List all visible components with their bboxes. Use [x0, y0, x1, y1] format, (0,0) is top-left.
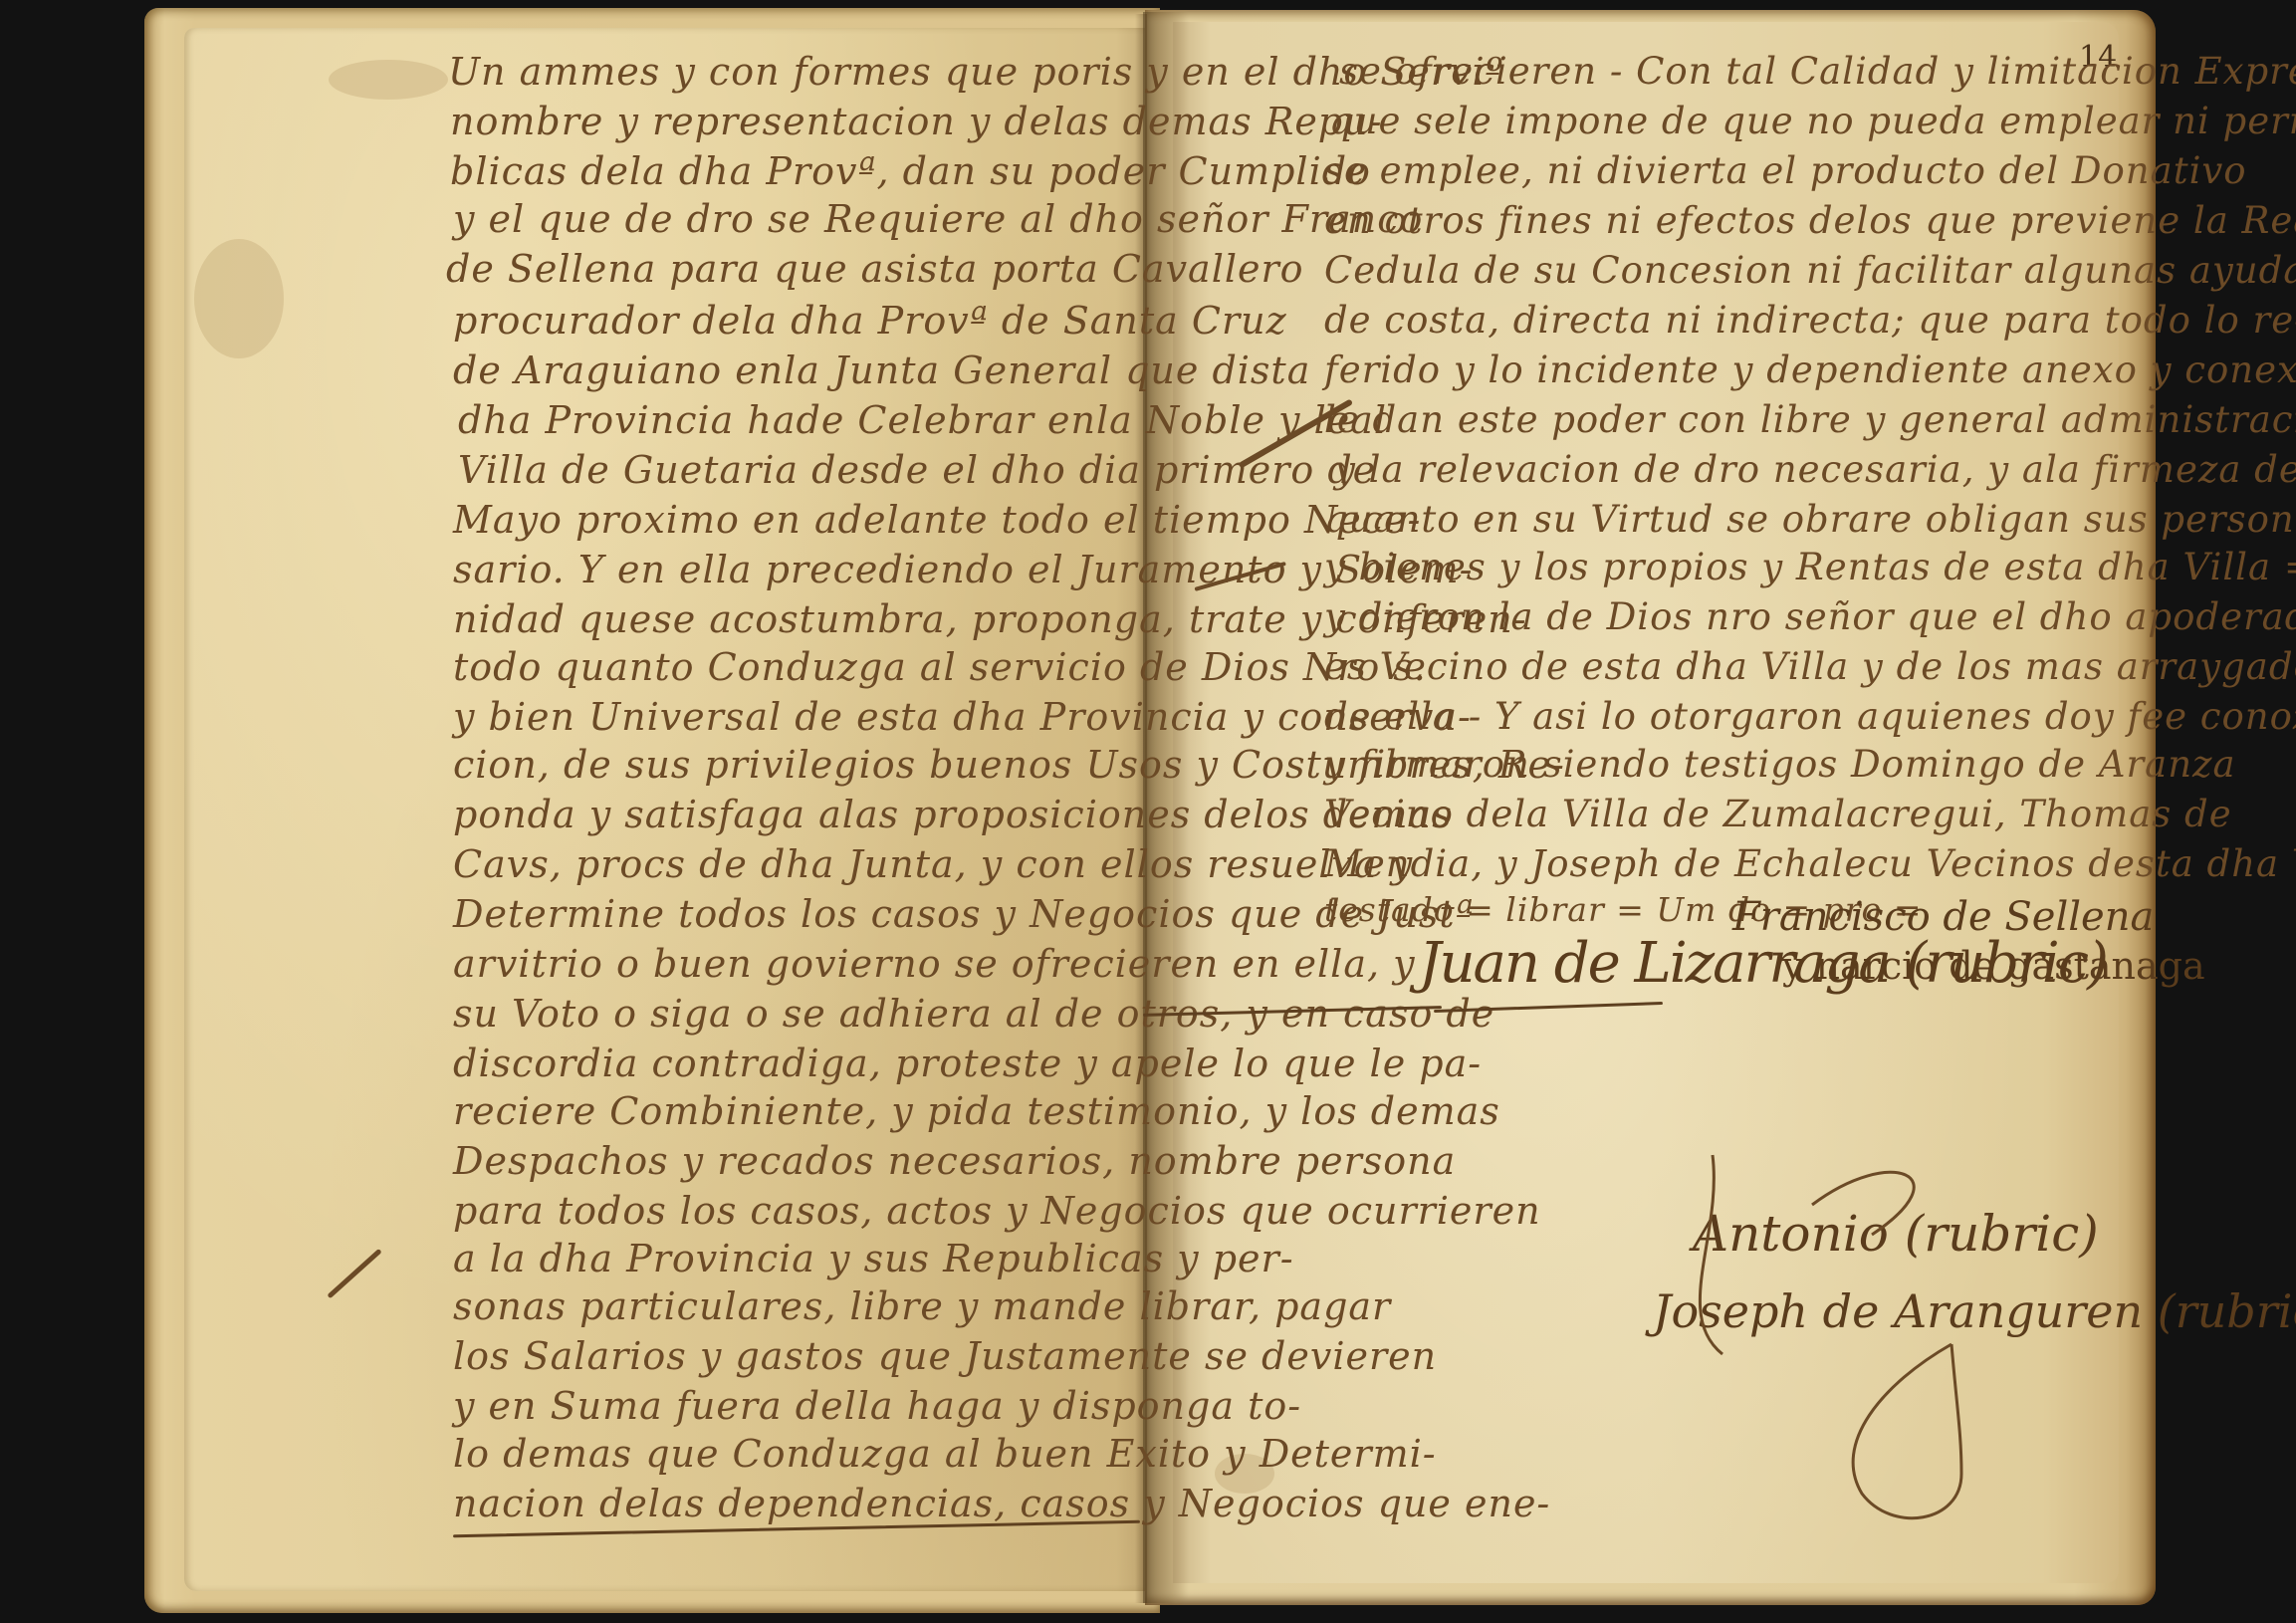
ink-bleed-stain: [329, 60, 448, 100]
manuscript-line: y la relevacion de dro necesaria, y ala …: [1334, 448, 2296, 491]
manuscript-line: arvitrio o buen govierno se ofrecieren e…: [453, 942, 1416, 986]
manuscript-line: nacion delas dependencias, casos y Negoc…: [453, 1482, 1550, 1525]
manuscript-line: y el que de dro se Requiere al dho señor…: [453, 197, 1423, 241]
signature-narcio-de-gastanaga: y narcio de gastanaga: [1782, 944, 2205, 988]
ink-bleed-stain: [194, 239, 284, 358]
manuscript-line: se ofrecieren - Con tal Calidad y limita…: [1339, 50, 2296, 93]
manuscript-line: reciere Combiniente, y pida testimonio, …: [453, 1089, 1500, 1133]
manuscript-line: blicas dela dha Provª, dan su poder Cump…: [450, 149, 1371, 193]
manuscript-line: Despachos y recados necesarios, nombre p…: [453, 1139, 1456, 1183]
manuscript-line: todo quanto Conduzga al servicio de Dios…: [453, 645, 1427, 689]
manuscript-line: discordia contradiga, proteste y apele l…: [453, 1042, 1482, 1085]
manuscript-line: en otros fines ni efectos delos que prev…: [1324, 199, 2296, 242]
manuscript-line: lo demas que Conduzga al buen Exito y De…: [453, 1432, 1437, 1476]
manuscript-line: de costa, directa ni indirecta; que para…: [1324, 299, 2296, 342]
manuscript-line: sario. Y en ella precediendo el Jurament…: [453, 548, 1474, 591]
manuscript-line: que sele impone de que no pueda emplear …: [1329, 100, 2296, 142]
manuscript-line: de ella - Y asi lo otorgaron aquienes do…: [1324, 695, 2296, 738]
signature-rubric-flourish: [1633, 1115, 2051, 1533]
manuscript-line: dha Provincia hade Celebrar enla Noble y…: [458, 398, 1387, 442]
signature-francisco-de-sellena: Francisco de Sellena: [1732, 894, 2154, 940]
manuscript-line: los Salarios y gastos que Justamente se …: [453, 1334, 1437, 1378]
manuscript-line: para todos los casos, actos y Negocios q…: [453, 1189, 1541, 1233]
manuscript-line: Determine todos los casos y Negocios que…: [453, 892, 1475, 936]
manuscript-line: y bienes y los propios y Rentas de esta …: [1324, 546, 2296, 588]
manuscript-line: y firmaron siendo testigos Domingo de Ar…: [1324, 743, 2236, 786]
manuscript-line: de Sellena para que asista porta Cavalle…: [446, 247, 1304, 291]
manuscript-line: se emplee, ni divierta el producto del D…: [1324, 149, 2247, 192]
manuscript-line: ferido y lo incidente y dependiente anex…: [1324, 348, 2296, 391]
manuscript-line: le dan este poder con libre y general ad…: [1324, 398, 2296, 441]
manuscript-line: es Vecino de esta dha Villa y de los mas…: [1324, 645, 2296, 688]
manuscript-line: nombre y representacion y delas demas Re…: [450, 100, 1382, 143]
manuscript-line: de Araguiano enla Junta General que dist…: [453, 348, 1310, 392]
manuscript-line: y bien Universal de esta dha Provincia y…: [453, 695, 1472, 739]
manuscript-line: ponda y satisfaga alas proposiciones del…: [453, 793, 1453, 836]
manuscript-line: su Voto o siga o se adhiera al de otros,…: [453, 992, 1494, 1036]
manuscript-line: Villa de Guetaria desde el dho dia prime…: [458, 448, 1376, 492]
manuscript-line: y en Suma fuera della haga y disponga to…: [453, 1384, 1301, 1428]
manuscript-line: procurador dela dha Provª de Santa Cruz: [453, 299, 1287, 343]
manuscript-line: a la dha Provincia y sus Republicas y pe…: [453, 1237, 1294, 1280]
manuscript-line: Mendia, y Joseph de Echalecu Vecinos des…: [1324, 842, 2296, 885]
manuscript-line: Cedula de su Concesion ni facilitar algu…: [1324, 249, 2296, 292]
manuscript-line: Vecino dela Villa de Zumalacregui, Thoma…: [1324, 793, 2232, 835]
manuscript-line: y dieron la de Dios nro señor que el dho…: [1324, 595, 2296, 638]
manuscript-line: quanto en su Virtud se obrare obligan su…: [1324, 498, 2296, 541]
manuscript-line: sonas particulares, libre y mande librar…: [453, 1284, 1391, 1328]
open-manuscript: Un ammes y con formes que poris y en el …: [0, 0, 2296, 1623]
manuscript-line: Mayo proximo en adelante todo el tiempo …: [453, 498, 1421, 542]
manuscript-line: Cavs, procs de dha Junta, y con ellos re…: [453, 842, 1413, 886]
